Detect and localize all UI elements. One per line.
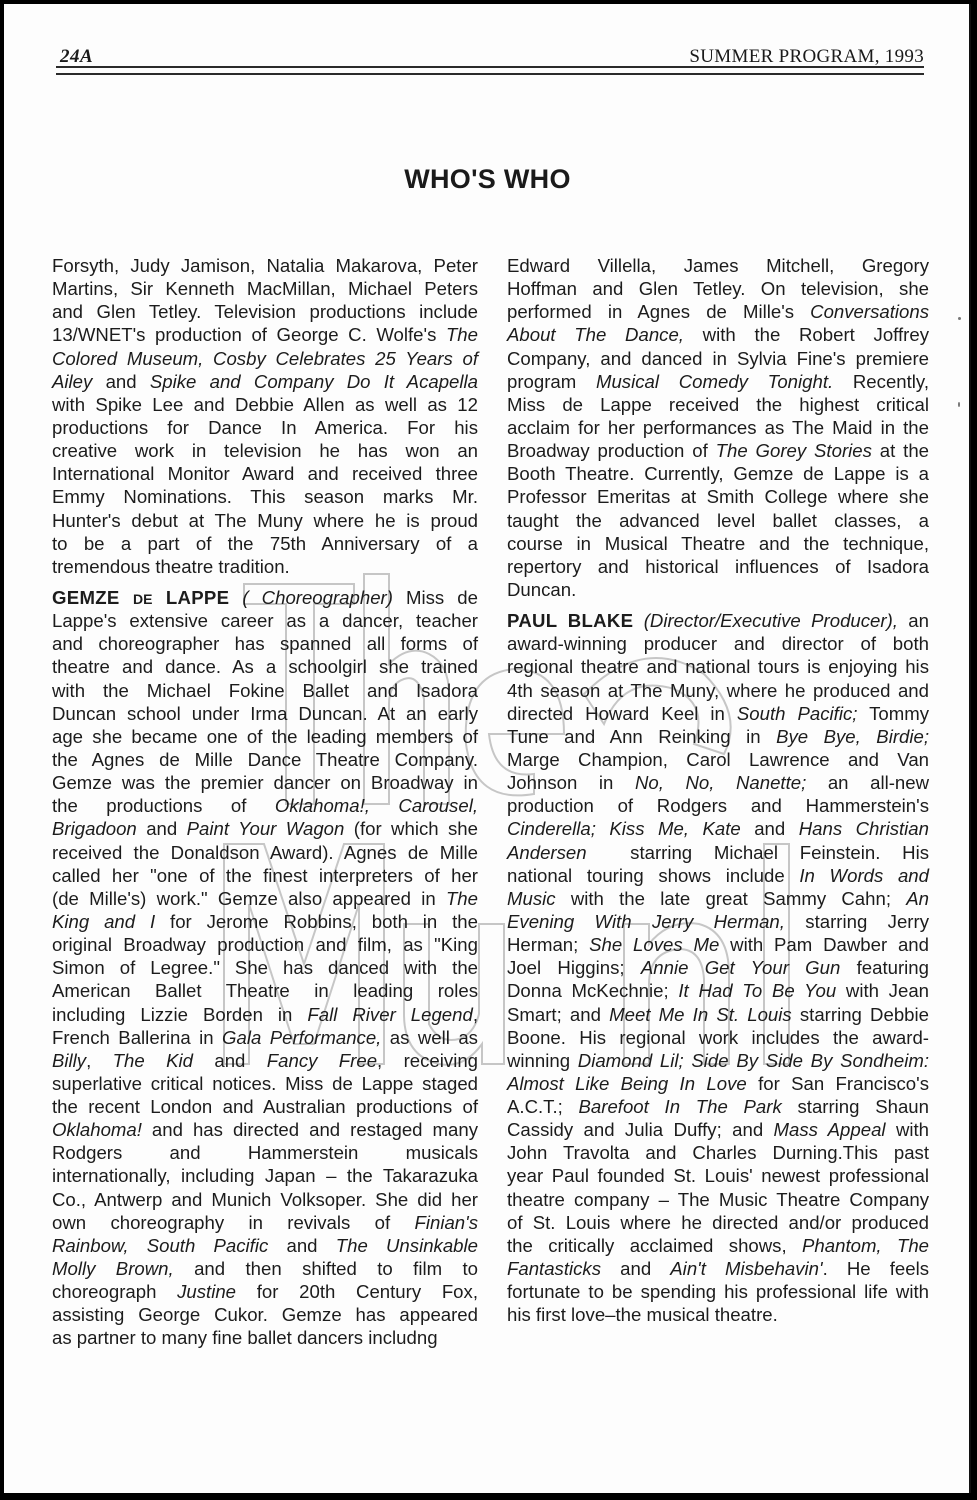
body-text: with the Robert Joffrey	[684, 324, 929, 345]
text-line: own choreography in revivals of Finian's	[52, 1211, 478, 1234]
text-line: Miss de Lappe received the highest criti…	[507, 393, 929, 416]
body-text: Marge Champion, Carol Lawrence and Van	[507, 749, 929, 770]
body-text: choreograph	[52, 1281, 177, 1302]
text-line: Evening With Jerry Herman, starring Jerr…	[507, 910, 929, 933]
body-text: at the	[872, 440, 929, 461]
italic-title: The	[446, 324, 478, 345]
body-text: A.C.T.;	[507, 1096, 579, 1117]
text-line: Broadway production of The Gorey Stories…	[507, 439, 929, 462]
body-text: 13/WNET's production of George C. Wolfe'…	[52, 324, 446, 345]
italic-title: The Gorey Stories	[716, 440, 872, 461]
body-text: and then shifted to film to	[174, 1258, 478, 1279]
text-line: Andersen starring Michael Feinstein. His	[507, 841, 929, 864]
body-text: performed in Agnes de Mille's	[507, 301, 810, 322]
text-line: International Monitor Award and received…	[52, 462, 478, 485]
text-line: Colored Museum, Cosby Celebrates 25 Year…	[52, 347, 478, 370]
bio-name: LAPPE	[152, 587, 229, 608]
text-line: 13/WNET's production of George C. Wolfe'…	[52, 323, 478, 346]
text-line: Booth Theatre. Currently, Gemze de Lappe…	[507, 462, 929, 485]
text-line: About The Dance, with the Robert Joffrey	[507, 323, 929, 346]
body-text: Donna McKechnie;	[507, 980, 678, 1001]
text-line: acclaim for her performances as The Maid…	[507, 416, 929, 439]
body-text: with the Michael Fokine Ballet and Isado…	[52, 680, 478, 701]
text-line: GEMZE DE LAPPE ( Choreographer) Miss de	[52, 586, 478, 609]
text-line: Duncan school under Irma Duncan. At an e…	[52, 702, 478, 725]
body-text: directed Howard Keel in	[507, 703, 737, 724]
italic-title: Ain't Misbehavin'	[670, 1258, 822, 1279]
text-line: Fantasticks and Ain't Misbehavin'. He fe…	[507, 1257, 929, 1280]
body-text: the critically acclaimed shows,	[507, 1235, 802, 1256]
body-text: for 20th Century Fox,	[236, 1281, 478, 1302]
body-text: and has directed and restaged many	[142, 1119, 478, 1140]
text-line: Brigadoon and Paint Your Wagon (for whic…	[52, 817, 478, 840]
body-text: starring Shaun	[782, 1096, 929, 1117]
body-text: course in Musical Theatre and the techni…	[507, 533, 929, 554]
text-line: Rodgers and Hammerstein musicals	[52, 1141, 478, 1164]
column-right: Edward Villella, James Mitchell, Gregory…	[507, 254, 929, 1326]
italic-title: Music	[507, 888, 556, 909]
italic-title: In Words and	[799, 865, 929, 886]
body-text: including Lizzie Borden in	[52, 1004, 307, 1025]
italic-title: Billy	[52, 1050, 86, 1071]
text-line: original Broadway production and film, a…	[52, 933, 478, 956]
italic-title: Brigadoon	[52, 818, 137, 839]
body-text: Forsyth, Judy Jamison, Natalia Makarova,…	[52, 255, 478, 276]
body-text: national touring shows include	[507, 865, 799, 886]
body-text: , receiving	[377, 1050, 478, 1071]
italic-title: Hans Christian	[799, 818, 929, 839]
italic-title: An	[906, 888, 929, 909]
body-text: called her "one of the finest interprete…	[52, 865, 478, 886]
body-text: Co., Antwerp and Munich Volksoper. She d…	[52, 1189, 478, 1210]
text-line: (de Mille's) work." Gemze also appeared …	[52, 887, 478, 910]
body-text: ,	[473, 1004, 478, 1025]
body-text: theatre and dance. As a schoolgirl she t…	[52, 656, 478, 677]
text-line: choreograph Justine for 20th Century Fox…	[52, 1280, 478, 1303]
text-line: and Glen Tetley. Television productions …	[52, 300, 478, 323]
italic-title: Evening With Jerry Herman,	[507, 911, 785, 932]
body-text: theatre company – The Music Theatre Comp…	[507, 1189, 929, 1210]
text-line: Marge Champion, Carol Lawrence and Van	[507, 748, 929, 771]
text-line: with Spike Lee and Debbie Allen as well …	[52, 393, 478, 416]
body-text: and Glen Tetley. Television productions …	[52, 301, 478, 322]
body-text: American Ballet Theatre in leading roles	[52, 980, 478, 1001]
text-line: as partner to many fine ballet dancers i…	[52, 1326, 478, 1349]
text-line: his first love–the musical theatre.	[507, 1303, 929, 1326]
body-text: and choreographer has spanned all forms …	[52, 633, 478, 654]
italic-title: She Loves Me	[589, 934, 719, 955]
italic-title: Diamond Lil; Side By Side By Sondheim:	[578, 1050, 929, 1071]
text-line: national touring shows include In Words …	[507, 864, 929, 887]
italic-title: Fall River Legend	[307, 1004, 472, 1025]
text-line: the Agnes de Mille Dance Theatre Company…	[52, 748, 478, 771]
text-line: superlative critical notices. Miss de La…	[52, 1072, 478, 1095]
text-line: of St. Louis where he directed and/or pr…	[507, 1211, 929, 1234]
body-text: 4th season at The Muny, where he produce…	[507, 680, 929, 701]
body-text: and	[137, 818, 187, 839]
text-line: and choreographer has spanned all forms …	[52, 632, 478, 655]
body-text: an all-new	[806, 772, 929, 793]
body-text: Gemze was the premier dancer on Broadway…	[52, 772, 478, 793]
body-text: and	[92, 371, 150, 392]
body-text: (de Mille's) work." Gemze also appeared …	[52, 888, 446, 909]
body-text: Cassidy and Julia Duffy; and	[507, 1119, 774, 1140]
text-line: course in Musical Theatre and the techni…	[507, 532, 929, 555]
text-line: to be a part of the 75th Anniversary of …	[52, 532, 478, 555]
body-text: Duncan school under Irma Duncan. At an e…	[52, 703, 478, 724]
body-text: acclaim for her performances as The Maid…	[507, 417, 929, 438]
italic-title: South Pacific;	[737, 703, 858, 724]
body-text: ,	[86, 1050, 113, 1071]
body-text: Emmy Nominations. This season marks Mr.	[52, 486, 478, 507]
text-line: Cinderella; Kiss Me, Kate and Hans Chris…	[507, 817, 929, 840]
text-line: regional theatre and national tours is e…	[507, 655, 929, 678]
body-text: Smart; and	[507, 1004, 609, 1025]
header-rule-top	[56, 66, 924, 68]
body-text: as partner to many fine ballet dancers i…	[52, 1327, 438, 1348]
body-text: Hunter's debut at The Muny where he is p…	[52, 510, 478, 531]
text-line: Music with the late great Sammy Cahn; An	[507, 887, 929, 910]
text-line: the recent London and Australian product…	[52, 1095, 478, 1118]
text-line: Gemze was the premier dancer on Broadway…	[52, 771, 478, 794]
body-text: Martins, Sir Kenneth MacMillan, Michael …	[52, 278, 478, 299]
text-line: productions for Dance In America. For hi…	[52, 416, 478, 439]
text-line: Emmy Nominations. This season marks Mr.	[52, 485, 478, 508]
text-line: Company, and danced in Sylvia Fine's pre…	[507, 347, 929, 370]
body-text: award-winning producer and director of b…	[507, 633, 929, 654]
body-text: Joel Higgins;	[507, 957, 641, 978]
text-line: Joel Higgins; Annie Get Your Gun featuri…	[507, 956, 929, 979]
text-line: Johnson in No, No, Nanette; an all-new	[507, 771, 929, 794]
body-text: an	[898, 610, 929, 631]
body-text: received the Donaldson Award). Agnes de …	[52, 842, 478, 863]
body-text: Lappe's extensive career as a dancer, te…	[52, 610, 478, 631]
body-text: Boone. His regional work includes the aw…	[507, 1027, 929, 1048]
bio-name: GEMZE	[52, 587, 133, 608]
text-line: with the Michael Fokine Ballet and Isado…	[52, 679, 478, 702]
body-text: for San Francisco's	[747, 1073, 929, 1094]
body-text: productions for Dance In America. For hi…	[52, 417, 478, 438]
italic-title: (Director/Executive Producer),	[633, 610, 898, 631]
body-text: program	[507, 371, 596, 392]
body-text: (for which she	[344, 818, 478, 839]
body-text: starring Michael Feinstein. His	[587, 842, 929, 863]
text-line: Donna McKechnie; It Had To Be You with J…	[507, 979, 929, 1002]
italic-title: Rainbow, South Pacific	[52, 1235, 268, 1256]
body-text: Professor Emeritas at Smith College wher…	[507, 486, 929, 507]
text-line: 4th season at The Muny, where he produce…	[507, 679, 929, 702]
text-line: Rainbow, South Pacific and The Unsinkabl…	[52, 1234, 478, 1257]
italic-title: ( Choreographer)	[229, 587, 393, 608]
text-line: Hoffman and Glen Tetley. On television, …	[507, 277, 929, 300]
body-text: year Paul founded St. Louis' newest prof…	[507, 1165, 929, 1186]
body-text: John Travolta and Charles Durning.This p…	[507, 1142, 929, 1163]
italic-title: No, No, Nanette;	[635, 772, 806, 793]
text-line: tremendous theatre tradition.	[52, 555, 478, 578]
bio-name: PAUL BLAKE	[507, 610, 633, 631]
body-text: taught the advanced level ballet classes…	[507, 510, 929, 531]
body-text: his first love–the musical theatre.	[507, 1304, 778, 1325]
body-text: with	[886, 1119, 929, 1140]
paragraph-gap	[507, 601, 929, 609]
body-text: regional theatre and national tours is e…	[507, 656, 929, 677]
body-text: Edward Villella, James Mitchell, Gregory	[507, 255, 929, 276]
body-text: Tommy	[857, 703, 929, 724]
program-page: 24A SUMMER PROGRAM, 1993 WHO'S WHO Forsy…	[4, 4, 971, 1493]
text-line: program Musical Comedy Tonight. Recently…	[507, 370, 929, 393]
text-line: including Lizzie Borden in Fall River Le…	[52, 1003, 478, 1026]
text-line: award-winning producer and director of b…	[507, 632, 929, 655]
scan-speck	[958, 317, 961, 320]
italic-title: Paint Your Wagon	[187, 818, 345, 839]
italic-title: Spike and Company Do It Acapella	[150, 371, 478, 392]
body-text: Duncan.	[507, 579, 576, 600]
text-line: year Paul founded St. Louis' newest prof…	[507, 1164, 929, 1187]
italic-title: Fantasticks	[507, 1258, 601, 1279]
text-line: taught the advanced level ballet classes…	[507, 509, 929, 532]
text-line: directed Howard Keel in South Pacific; T…	[507, 702, 929, 725]
body-text: fortunate to be spending his professiona…	[507, 1281, 929, 1302]
italic-title: Gala Performance,	[222, 1027, 381, 1048]
italic-title: Molly Brown,	[52, 1258, 174, 1279]
body-text: and	[601, 1258, 670, 1279]
italic-title: Andersen	[507, 842, 587, 863]
body-text: own choreography in revivals of	[52, 1212, 415, 1233]
text-line: the critically acclaimed shows, Phantom,…	[507, 1234, 929, 1257]
body-text: with Jean	[836, 980, 929, 1001]
italic-title: Bye Bye, Birdie;	[776, 726, 929, 747]
text-line: French Ballerina in Gala Performance, as…	[52, 1026, 478, 1049]
body-text: and	[741, 818, 799, 839]
body-text: starring Debbie	[792, 1004, 929, 1025]
body-text: of St. Louis where he directed and/or pr…	[507, 1212, 929, 1233]
text-line: repertory and historical influences of I…	[507, 555, 929, 578]
body-text: French Ballerina in	[52, 1027, 222, 1048]
italic-title: Ailey	[52, 371, 92, 392]
text-line: Simon of Legree." She has danced with th…	[52, 956, 478, 979]
text-line: Cassidy and Julia Duffy; and Mass Appeal…	[507, 1118, 929, 1141]
body-text: with the late great Sammy Cahn;	[556, 888, 907, 909]
italic-title: Almost Like Being In Love	[507, 1073, 747, 1094]
body-text: creative work in television he has won a…	[52, 440, 478, 461]
text-line: Forsyth, Judy Jamison, Natalia Makarova,…	[52, 254, 478, 277]
body-text: superlative critical notices. Miss de La…	[52, 1073, 478, 1094]
body-text: assisting George Cukor. Gemze has appear…	[52, 1304, 478, 1325]
text-line: American Ballet Theatre in leading roles	[52, 979, 478, 1002]
body-text: Johnson in	[507, 772, 635, 793]
text-line: production of Rodgers and Hammerstein's	[507, 794, 929, 817]
body-text: Miss de	[393, 587, 478, 608]
italic-title: Conversations	[810, 301, 929, 322]
text-line: creative work in television he has won a…	[52, 439, 478, 462]
body-text: for Jerome Robbins, both in the	[155, 911, 478, 932]
text-line: Oklahoma! and has directed and restaged …	[52, 1118, 478, 1141]
publication-title: SUMMER PROGRAM, 1993	[689, 46, 924, 68]
header-rule-bottom	[56, 73, 924, 75]
body-text: the productions of	[52, 795, 275, 816]
text-line: the productions of Oklahoma!, Carousel,	[52, 794, 478, 817]
italic-title: Cinderella; Kiss Me, Kate	[507, 818, 741, 839]
text-line: Almost Like Being In Love for San Franci…	[507, 1072, 929, 1095]
text-line: assisting George Cukor. Gemze has appear…	[52, 1303, 478, 1326]
body-text: original Broadway production and film, a…	[52, 934, 478, 955]
italic-title: Meet Me In St. Louis	[609, 1004, 792, 1025]
text-line: Edward Villella, James Mitchell, Gregory	[507, 254, 929, 277]
text-line: Duncan.	[507, 578, 929, 601]
body-text: winning	[507, 1050, 578, 1071]
body-text: as well as	[381, 1027, 478, 1048]
paragraph-gap	[52, 578, 478, 586]
text-line: Hunter's debut at The Muny where he is p…	[52, 509, 478, 532]
body-text: Broadway production of	[507, 440, 716, 461]
bio-name: DE	[133, 591, 152, 607]
body-text: and	[268, 1235, 335, 1256]
italic-title: Oklahoma!, Carousel,	[275, 795, 478, 816]
body-text: starring Jerry	[785, 911, 929, 932]
body-text: Miss de Lappe received the highest criti…	[507, 394, 929, 415]
body-text: production of Rodgers and Hammerstein's	[507, 795, 929, 816]
body-text: age she became one of the leading member…	[52, 726, 478, 747]
body-text: Recently,	[833, 371, 929, 392]
body-text: repertory and historical influences of I…	[507, 556, 929, 577]
text-line: fortunate to be spending his professiona…	[507, 1280, 929, 1303]
italic-title: The	[446, 888, 478, 909]
italic-title: It Had To Be You	[678, 980, 836, 1001]
text-line: Molly Brown, and then shifted to film to	[52, 1257, 478, 1280]
text-line: Professor Emeritas at Smith College wher…	[507, 485, 929, 508]
body-text: . He feels	[823, 1258, 929, 1279]
italic-title: King and I	[52, 911, 155, 932]
body-text: tremendous theatre tradition.	[52, 556, 290, 577]
column-left: Forsyth, Judy Jamison, Natalia Makarova,…	[52, 254, 478, 1350]
body-text: and	[193, 1050, 267, 1071]
scan-speck	[958, 402, 960, 407]
italic-title: About The Dance,	[507, 324, 684, 345]
text-line: called her "one of the finest interprete…	[52, 864, 478, 887]
text-line: winning Diamond Lil; Side By Side By Son…	[507, 1049, 929, 1072]
body-text: featuring	[840, 957, 929, 978]
body-text: the recent London and Australian product…	[52, 1096, 478, 1117]
text-line: performed in Agnes de Mille's Conversati…	[507, 300, 929, 323]
body-text: Hoffman and Glen Tetley. On television, …	[507, 278, 929, 299]
body-text: with Pam Dawber and	[719, 934, 929, 955]
italic-title: Fancy Free	[267, 1050, 377, 1071]
body-text: with Spike Lee and Debbie Allen as well …	[52, 394, 478, 415]
italic-title: Musical Comedy Tonight.	[596, 371, 833, 392]
text-line: age she became one of the leading member…	[52, 725, 478, 748]
text-line: theatre and dance. As a schoolgirl she t…	[52, 655, 478, 678]
italic-title: Annie Get Your Gun	[641, 957, 840, 978]
body-text: International Monitor Award and received…	[52, 463, 478, 484]
body-text: Simon of Legree." She has danced with th…	[52, 957, 478, 978]
text-line: PAUL BLAKE (Director/Executive Producer)…	[507, 609, 929, 632]
text-line: Billy, The Kid and Fancy Free, receiving	[52, 1049, 478, 1072]
text-line: internationally, including Japan – the T…	[52, 1164, 478, 1187]
page-title: WHO'S WHO	[4, 164, 971, 195]
body-text: internationally, including Japan – the T…	[52, 1165, 478, 1186]
italic-title: Colored Museum, Cosby Celebrates 25 Year…	[52, 348, 478, 369]
text-line: Lappe's extensive career as a dancer, te…	[52, 609, 478, 632]
text-line: Tune and Ann Reinking in Bye Bye, Birdie…	[507, 725, 929, 748]
italic-title: Oklahoma!	[52, 1119, 142, 1140]
italic-title: The Unsinkable	[336, 1235, 478, 1256]
text-line: John Travolta and Charles Durning.This p…	[507, 1141, 929, 1164]
text-line: Herman; She Loves Me with Pam Dawber and	[507, 933, 929, 956]
body-text: the Agnes de Mille Dance Theatre Company…	[52, 749, 478, 770]
body-text: Company, and danced in Sylvia Fine's pre…	[507, 348, 929, 369]
text-line: theatre company – The Music Theatre Comp…	[507, 1188, 929, 1211]
text-line: received the Donaldson Award). Agnes de …	[52, 841, 478, 864]
italic-title: Phantom, The	[802, 1235, 929, 1256]
body-text: Booth Theatre. Currently, Gemze de Lappe…	[507, 463, 929, 484]
text-line: A.C.T.; Barefoot In The Park starring Sh…	[507, 1095, 929, 1118]
italic-title: The Kid	[113, 1050, 193, 1071]
body-text: Herman;	[507, 934, 589, 955]
body-text: to be a part of the 75th Anniversary of …	[52, 533, 478, 554]
italic-title: Justine	[177, 1281, 236, 1302]
body-text: Rodgers and Hammerstein musicals	[52, 1142, 478, 1163]
text-line: Boone. His regional work includes the aw…	[507, 1026, 929, 1049]
italic-title: Finian's	[415, 1212, 479, 1233]
body-text: Tune and Ann Reinking in	[507, 726, 776, 747]
page-number: 24A	[60, 46, 93, 68]
text-line: Smart; and Meet Me In St. Louis starring…	[507, 1003, 929, 1026]
text-line: Martins, Sir Kenneth MacMillan, Michael …	[52, 277, 478, 300]
italic-title: Barefoot In The Park	[579, 1096, 782, 1117]
text-line: Co., Antwerp and Munich Volksoper. She d…	[52, 1188, 478, 1211]
text-line: Ailey and Spike and Company Do It Acapel…	[52, 370, 478, 393]
italic-title: Mass Appeal	[774, 1119, 886, 1140]
text-line: King and I for Jerome Robbins, both in t…	[52, 910, 478, 933]
